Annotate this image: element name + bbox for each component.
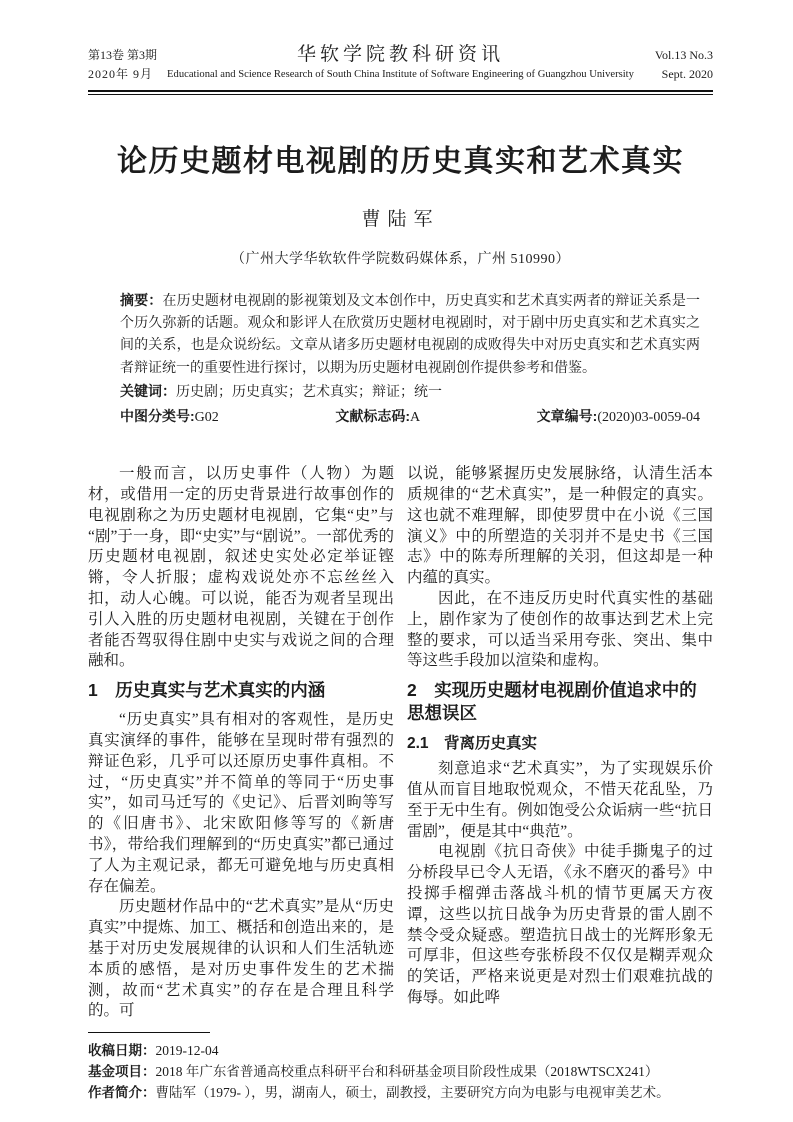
section-heading-1: 1 历史真实与艺术真实的内涵 [88,679,394,702]
author-bio-label: 作者简介： [88,1085,156,1100]
received-date-label: 收稿日期： [88,1043,156,1058]
journal-title-en: Educational and Science Research of Sout… [88,66,713,84]
abstract-block: 摘要：在历史题材电视剧的影视策划及文本创作中，历史真实和艺术真实两者的辩证关系是… [120,289,700,429]
body-paragraph: 因此，在不违反历史时代真实性的基础上，剧作家为了使创作的故事达到艺术上完整的要求… [407,589,713,672]
body-paragraph-continuation: 以说，能够紧握历史发展脉络，认清生活本质规律的“艺术真实”，是一种假定的真实。这… [407,464,713,589]
journal-page: 第13卷 第3期 2020年 9月 华软学院教科研资讯 Educational … [0,0,793,1122]
author-bio-value: 曹陆军（1979- ），男，湖南人，硕士，副教授，主要研究方向为电影与电视审美艺… [156,1085,670,1100]
abstract-label: 摘要： [120,292,162,308]
left-column: 一般而言，以历史事件（人物）为题材，或借用一定的历史背景进行故事创作的电视剧称之… [88,464,394,1022]
header-divider-rule [88,90,713,95]
article-body: 一般而言，以历史事件（人物）为题材，或借用一定的历史背景进行故事创作的电视剧称之… [88,464,713,1022]
body-paragraph: 电视剧《抗日奇侠》中徒手撕鬼子的过分桥段早已令人无语，《永不磨灭的番号》中投掷手… [407,842,713,1008]
keywords-text: 历史剧；历史真实；艺术真实；辩证；统一 [176,385,442,400]
journal-title-cn: 华软学院教科研资讯 [88,44,713,66]
body-paragraph: 刻意追求“艺术真实”，为了实现娱乐价值从而盲目地取悦观众，不惜天花乱坠，乃至于无… [407,759,713,842]
abstract-paragraph: 摘要：在历史题材电视剧的影视策划及文本创作中，历史真实和艺术真实两者的辩证关系是… [120,289,700,380]
document-code: 文献标志码:A [335,405,420,429]
clc-value: G02 [195,410,219,425]
clc-number: 中图分类号:G02 [120,405,219,429]
received-date-value: 2019-12-04 [156,1043,219,1058]
fund-project-label: 基金项目： [88,1064,156,1079]
received-date-line: 收稿日期：2019-12-04 [88,1040,713,1061]
keywords-line: 关键词：历史剧；历史真实；艺术真实；辩证；统一 [120,380,700,404]
body-paragraph: 历史题材作品中的“艺术真实”是从“历史真实”中提炼、加工、概括和创造出来的，是基… [88,897,394,1022]
right-column: 以说，能够紧握历史发展脉络，认清生活本质规律的“艺术真实”，是一种假定的真实。这… [407,464,713,1022]
journal-running-head: 第13卷 第3期 2020年 9月 华软学院教科研资讯 Educational … [88,44,713,88]
fund-project-line: 基金项目：2018 年广东省普通高校重点科研平台和科研基金项目阶段性成果（201… [88,1061,713,1082]
meta-row: 中图分类号:G02 文献标志码:A 文章编号:(2020)03-0059-04 [120,405,700,429]
volume-issue-en: Vol.13 No.3 [655,46,713,65]
article-id-value: (2020)03-0059-04 [597,410,700,425]
author-bio-line: 作者简介：曹陆军（1979- ），男，湖南人，硕士，副教授，主要研究方向为电影与… [88,1082,713,1103]
article-affiliation: （广州大学华软软件学院数码媒体系，广州 510990） [88,248,713,268]
footnotes-block: 收稿日期：2019-12-04 基金项目：2018 年广东省普通高校重点科研平台… [88,1032,713,1103]
document-code-label: 文献标志码: [335,408,410,424]
document-code-value: A [410,410,420,425]
clc-label: 中图分类号: [120,408,195,424]
date-en: Sept. 2020 [655,65,713,84]
keywords-label: 关键词： [120,383,176,399]
fund-project-value: 2018 年广东省普通高校重点科研平台和科研基金项目阶段性成果（2018WTSC… [156,1064,659,1079]
body-paragraph: 一般而言，以历史事件（人物）为题材，或借用一定的历史背景进行故事创作的电视剧称之… [88,464,394,672]
footnote-divider-rule [88,1032,210,1033]
body-paragraph: “历史真实”具有相对的客观性，是历史真实演绎的事件，能够在呈现时带有强烈的辩证色… [88,710,394,897]
section-heading-2: 2 实现历史题材电视剧价值追求中的思想误区 [407,679,713,725]
article-id: 文章编号:(2020)03-0059-04 [537,405,700,429]
article-title: 论历史题材电视剧的历史真实和艺术真实 [88,143,713,181]
article-author: 曹陆军 [88,204,713,231]
abstract-text: 在历史题材电视剧的影视策划及文本创作中，历史真实和艺术真实两者的辩证关系是一个历… [120,294,700,376]
header-journal-block: 华软学院教科研资讯 Educational and Science Resear… [88,44,713,84]
article-id-label: 文章编号: [537,408,598,424]
header-vol-block: Vol.13 No.3 Sept. 2020 [655,46,713,84]
subsection-heading-2-1: 2.1 背离历史真实 [407,733,713,754]
